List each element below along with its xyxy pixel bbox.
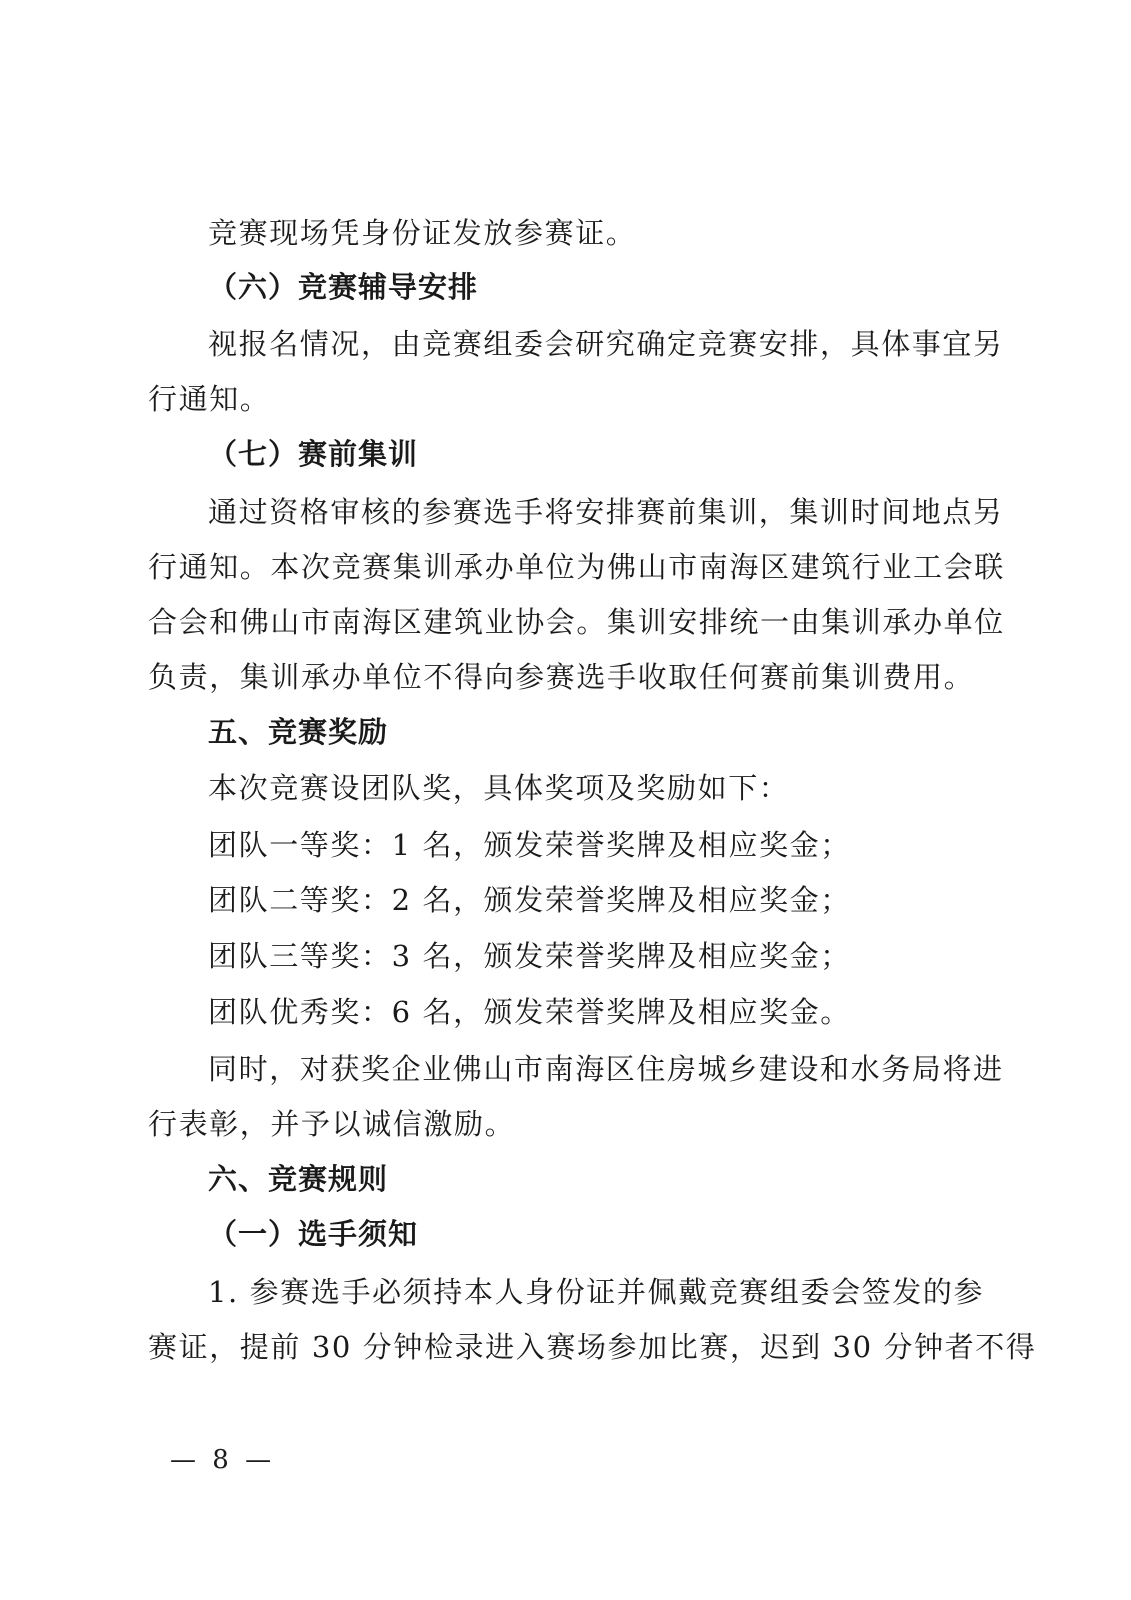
- section-heading-5: 五、竞赛奖励: [208, 712, 1030, 752]
- paragraph-line: 合会和佛山市南海区建筑业协会。集训安排统一由集训承办单位: [148, 602, 970, 642]
- paragraph-line: 通过资格审核的参赛选手将安排赛前集训，集训时间地点另: [208, 492, 970, 532]
- paragraph-line: 负责，集训承办单位不得向参赛选手收取任何赛前集训费用。: [148, 657, 970, 697]
- paragraph-line: 本次竞赛设团队奖，具体奖项及奖励如下：: [208, 768, 970, 808]
- document-page: 竞赛现场凭身份证发放参赛证。 （六）竞赛辅导安排 视报名情况，由竞赛组委会研究确…: [0, 0, 1131, 1600]
- section-heading-6: 六、竞赛规则: [208, 1159, 1030, 1199]
- award-item-second: 团队二等奖：2 名，颁发荣誉奖牌及相应奖金；: [208, 880, 970, 920]
- award-item-first: 团队一等奖：1 名，颁发荣誉奖牌及相应奖金；: [208, 825, 970, 865]
- paragraph-line: 行通知。: [148, 379, 970, 419]
- paragraph-line: 同时，对获奖企业佛山市南海区住房城乡建设和水务局将进: [208, 1049, 970, 1089]
- paragraph-line: 赛证，提前 30 分钟检录进入赛场参加比赛，迟到 30 分钟者不得: [148, 1327, 970, 1367]
- paragraph-line: 行表彰，并予以诚信激励。: [148, 1104, 970, 1144]
- paragraph-line: 竞赛现场凭身份证发放参赛证。: [208, 213, 970, 253]
- subsection-heading-7: （七）赛前集训: [208, 434, 1030, 474]
- page-number: — 8 —: [170, 1443, 275, 1477]
- subsection-heading-6: （六）竞赛辅导安排: [208, 267, 1030, 307]
- paragraph-line: 1. 参赛选手必须持本人身份证并佩戴竞赛组委会签发的参: [208, 1272, 970, 1312]
- subsection-heading-1: （一）选手须知: [208, 1214, 1030, 1254]
- award-item-excellence: 团队优秀奖：6 名，颁发荣誉奖牌及相应奖金。: [208, 992, 970, 1032]
- paragraph-line: 视报名情况，由竞赛组委会研究确定竞赛安排，具体事宜另: [208, 324, 970, 364]
- award-item-third: 团队三等奖：3 名，颁发荣誉奖牌及相应奖金；: [208, 936, 970, 976]
- paragraph-line: 行通知。本次竞赛集训承办单位为佛山市南海区建筑行业工会联: [148, 547, 970, 587]
